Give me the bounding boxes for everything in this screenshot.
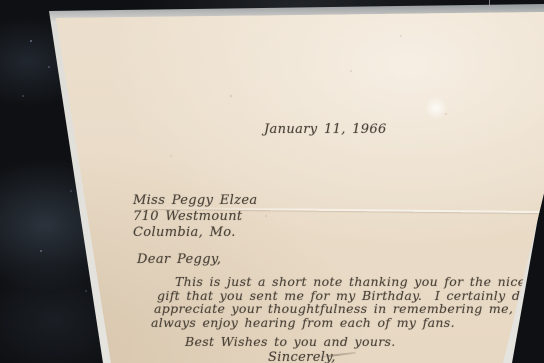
letter-date: January 11, 1966 <box>264 122 387 137</box>
body-line: appreciate your thoughtfulness in rememb… <box>154 302 544 316</box>
recipient-name: Miss Peggy Elzea <box>133 193 257 209</box>
recipient-city: Columbia, Mo. <box>133 225 257 241</box>
body-line: This is just a short note thanking you f… <box>175 275 544 289</box>
glass-dust-specks <box>30 40 32 42</box>
letter-body: This is just a short note thanking you f… <box>151 275 544 329</box>
recipient-address: Miss Peggy Elzea 710 Westmount Columbia,… <box>133 193 257 241</box>
salutation: Dear Peggy, <box>137 252 221 267</box>
body-line: always enjoy hearing from each of my fan… <box>151 316 544 330</box>
salutation-text: Dear Peggy, <box>137 252 221 267</box>
closing-text: Best Wishes to you and yours. <box>185 334 396 349</box>
framed-letter-photo: January 11, 1966 Miss Peggy Elzea 710 We… <box>0 0 544 363</box>
body-line: gift that you sent me for my Birthday. I… <box>157 289 544 303</box>
closing: Best Wishes to you and yours. <box>185 334 396 349</box>
date-text: January 11, 1966 <box>264 122 387 137</box>
recipient-street: 710 Westmount <box>133 209 257 225</box>
